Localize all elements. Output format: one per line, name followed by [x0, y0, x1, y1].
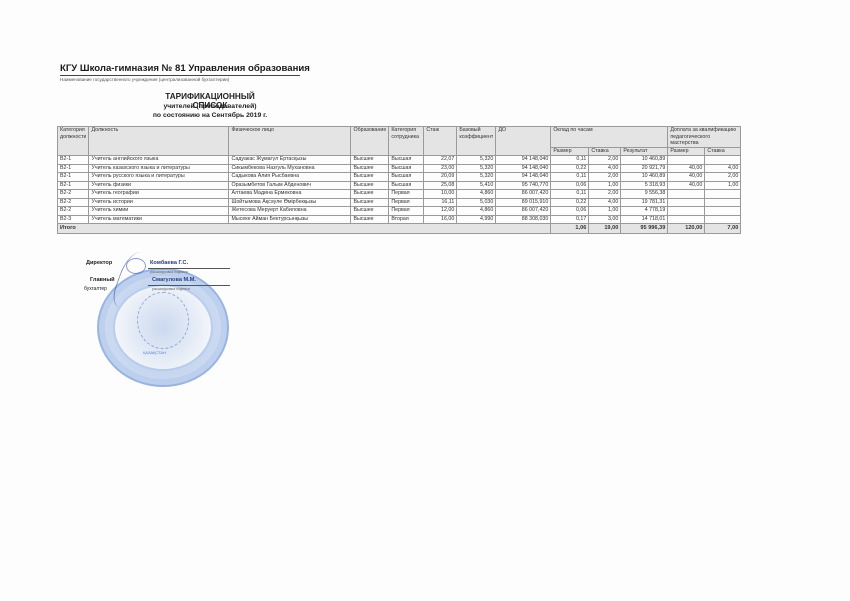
- cell-do: 86 007,420: [496, 207, 551, 216]
- cell-hourly-rate: 2,00: [589, 156, 621, 165]
- tarification-table: Категория должности Должность Физическое…: [57, 126, 741, 234]
- cell-position: Учитель химии: [89, 207, 229, 216]
- cell-experience: 23,00: [424, 164, 457, 173]
- cell-do: 95 740,770: [496, 181, 551, 190]
- cell-do: 88 308,030: [496, 215, 551, 224]
- cell-do: 89 015,910: [496, 198, 551, 207]
- stamp-text: ҚАЗАҚСТАН: [143, 350, 166, 355]
- cell-position: Учитель географии: [89, 190, 229, 199]
- total-hourly-size: 1,06: [551, 224, 589, 234]
- cell-hourly-result: 20 921,79: [621, 164, 668, 173]
- cell-category: B2-2: [58, 207, 89, 216]
- cell-education: Высшее: [351, 173, 389, 182]
- col-header-bonus-rate: Ставка: [705, 148, 741, 156]
- cell-employee-category: Высшая: [389, 173, 424, 182]
- col-header-person: Физическое лицо: [229, 127, 351, 156]
- accountant-caption: расшифровка подписи: [152, 287, 190, 291]
- organization-caption: Наименование государственного учреждения…: [60, 77, 229, 82]
- director-caption: расшифровка подписи: [150, 270, 188, 274]
- cell-employee-category: Высшая: [389, 156, 424, 165]
- cell-hourly-size: 0,11: [551, 156, 589, 165]
- total-row: Итого 1,06 19,00 95 996,39 120,00 7,00: [58, 224, 741, 234]
- cell-education: Высшее: [351, 181, 389, 190]
- accountant-label-2: бухгалтер: [84, 286, 107, 292]
- accountant-name: Смагулова М.М.: [152, 277, 196, 283]
- cell-hourly-size: 0,17: [551, 215, 589, 224]
- document-subtitle: учителей (преподавателей): [150, 103, 270, 110]
- total-hourly-result: 95 996,39: [621, 224, 668, 234]
- cell-category: B2-3: [58, 215, 89, 224]
- table-row: B2-2Учитель географииАлтаева Мадина Ерме…: [58, 190, 741, 199]
- cell-hourly-result: 19 781,31: [621, 198, 668, 207]
- cell-experience: 16,00: [424, 215, 457, 224]
- document-date: по состоянию на Сентябрь 2019 г.: [130, 112, 290, 119]
- col-header-hourly-group: Оклад по часам: [551, 127, 668, 148]
- emblem-icon: [137, 292, 189, 349]
- cell-hourly-size: 0,11: [551, 190, 589, 199]
- director-label: Директор: [86, 260, 112, 266]
- cell-category: B2-1: [58, 181, 89, 190]
- cell-hourly-size: 0,06: [551, 181, 589, 190]
- cell-hourly-result: 10 460,89: [621, 173, 668, 182]
- cell-experience: 25,08: [424, 181, 457, 190]
- cell-person: Мысеке Айман Бектурсынқызы: [229, 215, 351, 224]
- cell-education: Высшее: [351, 215, 389, 224]
- cell-bonus-rate: 2,00: [705, 173, 741, 182]
- cell-position: Учитель истории: [89, 198, 229, 207]
- cell-hourly-size: 0,06: [551, 207, 589, 216]
- signature-mark-loop: [126, 258, 146, 274]
- col-header-position: Должность: [89, 127, 229, 156]
- cell-employee-category: Высшая: [389, 164, 424, 173]
- cell-person: Шойтымова Ақсәуле Өмірбекқызы: [229, 198, 351, 207]
- cell-hourly-result: 14 718,01: [621, 215, 668, 224]
- table-row: B2-1Учитель английского языкаСадуакас Жұ…: [58, 156, 741, 165]
- table-row: B2-2Учитель историиШойтымова Ақсәуле Өмі…: [58, 198, 741, 207]
- cell-category: B2-2: [58, 190, 89, 199]
- cell-position: Учитель физики: [89, 181, 229, 190]
- cell-hourly-rate: 1,00: [589, 207, 621, 216]
- total-bonus-size: 120,00: [668, 224, 705, 234]
- cell-bonus-rate: 1,00: [705, 181, 741, 190]
- cell-education: Высшее: [351, 198, 389, 207]
- table-row: B2-2Учитель химииЖетесова Меруерт Кабило…: [58, 207, 741, 216]
- table-row: B2-3Учитель математикиМысеке Айман Бекту…: [58, 215, 741, 224]
- cell-bonus-rate: [705, 207, 741, 216]
- cell-experience: 12,00: [424, 207, 457, 216]
- col-header-experience: Стаж: [424, 127, 457, 156]
- col-header-bonus-group: Доплата за квалификацию педагогического …: [668, 127, 741, 148]
- total-label: Итого: [58, 224, 551, 234]
- cell-hourly-rate: 2,00: [589, 173, 621, 182]
- cell-employee-category: Первая: [389, 190, 424, 199]
- cell-bonus-size: [668, 198, 705, 207]
- cell-bonus-size: [668, 207, 705, 216]
- cell-bonus-size: [668, 215, 705, 224]
- cell-hourly-size: 0,22: [551, 198, 589, 207]
- cell-base-coef: 5,320: [457, 164, 496, 173]
- cell-hourly-rate: 1,00: [589, 181, 621, 190]
- accountant-line: [148, 285, 230, 286]
- cell-employee-category: Высшая: [389, 181, 424, 190]
- cell-category: B2-1: [58, 173, 89, 182]
- cell-education: Высшее: [351, 164, 389, 173]
- cell-person: Жетесова Меруерт Кабиловна: [229, 207, 351, 216]
- cell-bonus-size: 40,00: [668, 164, 705, 173]
- organization-name: КГУ Школа-гимназия № 81 Управления образ…: [60, 63, 310, 74]
- total-bonus-rate: 7,00: [705, 224, 741, 234]
- col-header-hourly-result: Результат: [621, 148, 668, 156]
- cell-position: Учитель казахского языка и литературы: [89, 164, 229, 173]
- organization-underline: [60, 75, 300, 76]
- cell-position: Учитель английского языка: [89, 156, 229, 165]
- cell-category: B2-1: [58, 164, 89, 173]
- cell-hourly-rate: 2,00: [589, 190, 621, 199]
- cell-position: Учитель русского языка и литературы: [89, 173, 229, 182]
- cell-person: Оразымбетов Галым Абденович: [229, 181, 351, 190]
- cell-person: Садыкова Алия Рысбаевна: [229, 173, 351, 182]
- cell-do: 86 007,420: [496, 190, 551, 199]
- cell-bonus-size: [668, 156, 705, 165]
- cell-hourly-result: 5 318,93: [621, 181, 668, 190]
- cell-hourly-result: 4 778,19: [621, 207, 668, 216]
- document-page: КГУ Школа-гимназия № 81 Управления образ…: [0, 0, 850, 601]
- cell-employee-category: Первая: [389, 207, 424, 216]
- cell-category: B2-2: [58, 198, 89, 207]
- table-row: B2-1Учитель казахского языка и литератур…: [58, 164, 741, 173]
- cell-employee-category: Первая: [389, 198, 424, 207]
- cell-education: Высшее: [351, 207, 389, 216]
- cell-bonus-rate: [705, 215, 741, 224]
- cell-do: 94 148,040: [496, 164, 551, 173]
- cell-hourly-rate: 3,00: [589, 215, 621, 224]
- cell-bonus-size: 40,00: [668, 173, 705, 182]
- cell-experience: 20,09: [424, 173, 457, 182]
- cell-position: Учитель математики: [89, 215, 229, 224]
- col-header-employee-category: Категория сотрудника: [389, 127, 424, 156]
- director-name: Комбаева Г.С.: [150, 260, 188, 266]
- cell-base-coef: 4,990: [457, 215, 496, 224]
- cell-experience: 16,11: [424, 198, 457, 207]
- cell-bonus-rate: [705, 190, 741, 199]
- cell-bonus-rate: [705, 156, 741, 165]
- cell-base-coef: 5,410: [457, 181, 496, 190]
- cell-hourly-size: 0,22: [551, 164, 589, 173]
- cell-hourly-result: 10 460,89: [621, 156, 668, 165]
- total-hourly-rate: 19,00: [589, 224, 621, 234]
- cell-hourly-result: 9 556,38: [621, 190, 668, 199]
- cell-base-coef: 5,320: [457, 156, 496, 165]
- cell-bonus-rate: 4,00: [705, 164, 741, 173]
- cell-employee-category: Вторая: [389, 215, 424, 224]
- cell-hourly-rate: 4,00: [589, 198, 621, 207]
- cell-education: Высшее: [351, 156, 389, 165]
- cell-category: B2-1: [58, 156, 89, 165]
- cell-hourly-rate: 4,00: [589, 164, 621, 173]
- cell-bonus-rate: [705, 198, 741, 207]
- cell-education: Высшее: [351, 190, 389, 199]
- director-line: [148, 268, 230, 269]
- col-header-hourly-size: Размер: [551, 148, 589, 156]
- col-header-category: Категория должности: [58, 127, 89, 156]
- col-header-base-coef: Базовый коэффициент: [457, 127, 496, 156]
- cell-bonus-size: 40,00: [668, 181, 705, 190]
- accountant-label: Главный: [90, 277, 115, 283]
- col-header-education: Образование: [351, 127, 389, 156]
- table-row: B2-1Учитель физикиОразымбетов Галым Абде…: [58, 181, 741, 190]
- table-row: B2-1Учитель русского языка и литературыС…: [58, 173, 741, 182]
- cell-do: 94 148,040: [496, 173, 551, 182]
- cell-experience: 22,07: [424, 156, 457, 165]
- cell-person: Садуакас Жұмагүл Ертасқызы: [229, 156, 351, 165]
- cell-base-coef: 5,320: [457, 173, 496, 182]
- cell-base-coef: 4,860: [457, 190, 496, 199]
- cell-bonus-size: [668, 190, 705, 199]
- cell-hourly-size: 0,11: [551, 173, 589, 182]
- col-header-bonus-size: Размер: [668, 148, 705, 156]
- cell-experience: 10,00: [424, 190, 457, 199]
- cell-base-coef: 4,860: [457, 207, 496, 216]
- col-header-do: ДО: [496, 127, 551, 156]
- cell-do: 94 148,040: [496, 156, 551, 165]
- cell-base-coef: 5,030: [457, 198, 496, 207]
- cell-person: Алтаева Мадина Ермековна: [229, 190, 351, 199]
- col-header-hourly-rate: Ставка: [589, 148, 621, 156]
- cell-person: Сикымбекова Назгуль Мухановна: [229, 164, 351, 173]
